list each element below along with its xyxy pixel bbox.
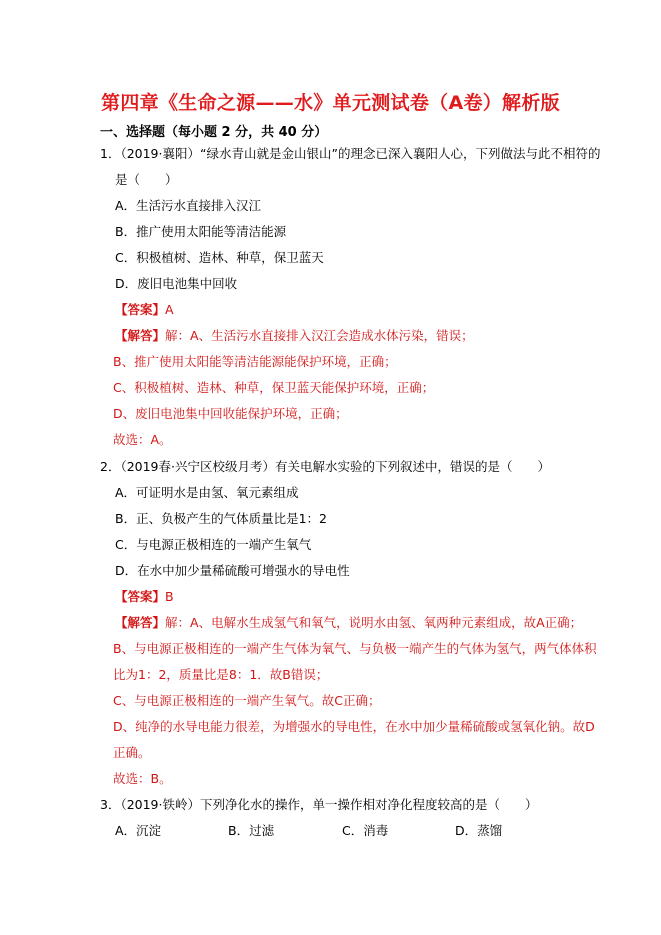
question-2-stem: 2．（2019春·兴宁区校级月考）有关电解水实验的下列叙述中，错误的是（ ） [100, 459, 550, 475]
analysis-label: 【解答】 [115, 615, 165, 630]
answer-value: B [165, 589, 174, 604]
question-2-analysis-line4: C、与电源正极相连的一端产生氧气。故C正确； [113, 693, 380, 709]
question-1-option-d: D．废旧电池集中回收 [115, 276, 237, 292]
question-2-option-c: C．与电源正极相连的一端产生氧气 [115, 537, 311, 553]
question-2-analysis-line6: 正确。 [113, 745, 151, 761]
question-1-answer: 【答案】A [115, 302, 174, 318]
question-3-option-b: B．过滤 [228, 823, 274, 839]
question-2-analysis-line3: 比为1：2，质量比是8：1．故B错误； [113, 667, 328, 683]
question-2-option-d: D．在水中加少量稀硫酸可增强水的导电性 [115, 563, 350, 579]
answer-label: 【答案】 [115, 302, 165, 317]
question-1-option-c: C．积极植树、造林、种草，保卫蓝天 [115, 250, 324, 266]
question-3-option-d: D．蒸馏 [455, 823, 502, 839]
analysis-text: 解：A、电解水生成氢气和氧气，说明水由氢、氧两种元素组成，故A正确； [165, 615, 582, 630]
document-page: 第四章《生命之源——水》单元测试卷（A卷）解析版 一、选择题（每小题 2 分，共… [0, 0, 661, 935]
answer-label: 【答案】 [115, 589, 165, 604]
question-2-analysis-line7: 故选：B。 [113, 771, 172, 787]
question-1-analysis-line2: B、推广使用太阳能等清洁能源能保护环境，正确； [113, 354, 397, 370]
question-1-stem-line1: 1．（2019·襄阳）“绿水青山就是金山银山”的理念已深入襄阳人心，下列做法与此… [100, 146, 600, 162]
analysis-text: 解：A、生活污水直接排入汉江会造成水体污染，错误； [165, 328, 474, 343]
section-header: 一、选择题（每小题 2 分，共 40 分） [100, 121, 327, 140]
document-title: 第四章《生命之源——水》单元测试卷（A卷）解析版 [0, 88, 661, 115]
question-2-analysis-line2: B、与电源正极相连的一端产生气体为氧气、与负极一端产生的气体为氢气，两气体体积 [113, 641, 597, 657]
question-2-analysis-line1: 【解答】解：A、电解水生成氢气和氧气，说明水由氢、氧两种元素组成，故A正确； [115, 615, 582, 631]
question-1-option-a: A．生活污水直接排入汉江 [115, 198, 261, 214]
question-2-option-a: A．可证明水是由氢、氧元素组成 [115, 485, 299, 501]
question-1-stem-line2: 是（ ） [115, 172, 178, 188]
answer-value: A [165, 302, 174, 317]
question-3-option-c: C．消毒 [342, 823, 388, 839]
question-2-analysis-line5: D、纯净的水导电能力很差，为增强水的导电性，在水中加少量稀硫酸或氢氧化钠。故D [113, 719, 595, 735]
question-1-analysis-line5: 故选：A。 [113, 432, 172, 448]
question-3-stem: 3．（2019·铁岭）下列净化水的操作，单一操作相对净化程度较高的是（ ） [100, 797, 538, 813]
question-2-answer: 【答案】B [115, 589, 174, 605]
analysis-label: 【解答】 [115, 328, 165, 343]
question-3-option-a: A．沉淀 [115, 823, 161, 839]
question-1-analysis-line1: 【解答】解：A、生活污水直接排入汉江会造成水体污染，错误； [115, 328, 474, 344]
question-1-option-b: B．推广使用太阳能等清洁能源 [115, 224, 286, 240]
question-1-analysis-line4: D、废旧电池集中回收能保护环境，正确； [113, 406, 348, 422]
question-1-analysis-line3: C、积极植树、造林、种草，保卫蓝天能保护环境，正确； [113, 380, 434, 396]
question-2-option-b: B．正、负极产生的气体质量比是1：2 [115, 511, 327, 527]
